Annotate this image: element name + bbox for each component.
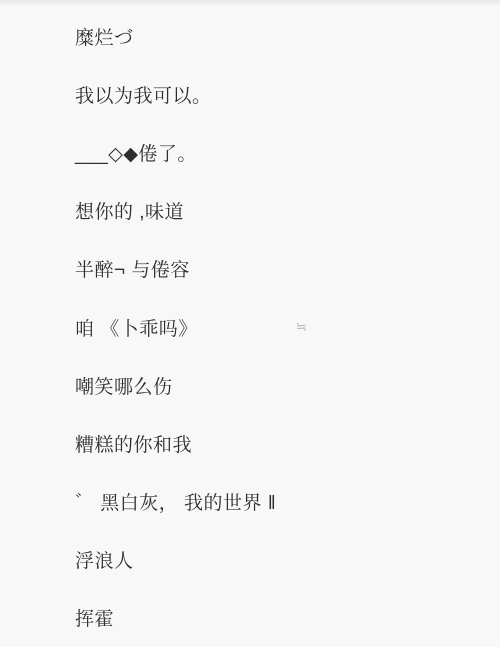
faint-smudge-mark: ≒ xyxy=(295,319,306,336)
text-line-1: 糜烂づ xyxy=(0,7,500,65)
line-text: 挥霍 xyxy=(75,604,114,631)
text-line-11: 挥霍 xyxy=(0,589,500,647)
line-text: 我以为我可以。 xyxy=(75,81,212,108)
text-line-3: ___◇◆倦了。 xyxy=(0,123,500,181)
top-edge-strip xyxy=(0,0,500,5)
text-line-6: 咱 《卜乖吗》 ≒ xyxy=(0,298,500,356)
line-text: 浮浪人 xyxy=(75,546,134,573)
text-line-5: 半醉¬ 与倦容 xyxy=(0,240,500,298)
line-text: 糜烂づ xyxy=(75,23,134,50)
line-text: 咱 《卜乖吗》 xyxy=(75,314,198,341)
text-line-8: 糟糕的你和我 xyxy=(0,414,500,472)
line-text: ___◇◆倦了。 xyxy=(75,139,197,166)
text-line-9: ゛ 黑白灰， 我的世界 ‖ xyxy=(0,473,500,531)
nickname-list: 糜烂づ 我以为我可以。 ___◇◆倦了。 想你的 ,味道 半醉¬ 与倦容 咱 《… xyxy=(0,7,500,647)
line-text: 糟糕的你和我 xyxy=(75,430,192,457)
line-text: ゛ 黑白灰， 我的世界 ‖ xyxy=(75,488,276,515)
text-line-4: 想你的 ,味道 xyxy=(0,182,500,240)
line-text: 嘲笑哪么伤 xyxy=(75,372,173,399)
text-line-7: 嘲笑哪么伤 xyxy=(0,356,500,414)
text-line-10: 浮浪人 xyxy=(0,531,500,589)
line-text: 半醉¬ 与倦容 xyxy=(75,255,190,282)
text-line-2: 我以为我可以。 xyxy=(0,65,500,123)
line-text: 想你的 ,味道 xyxy=(75,197,184,224)
